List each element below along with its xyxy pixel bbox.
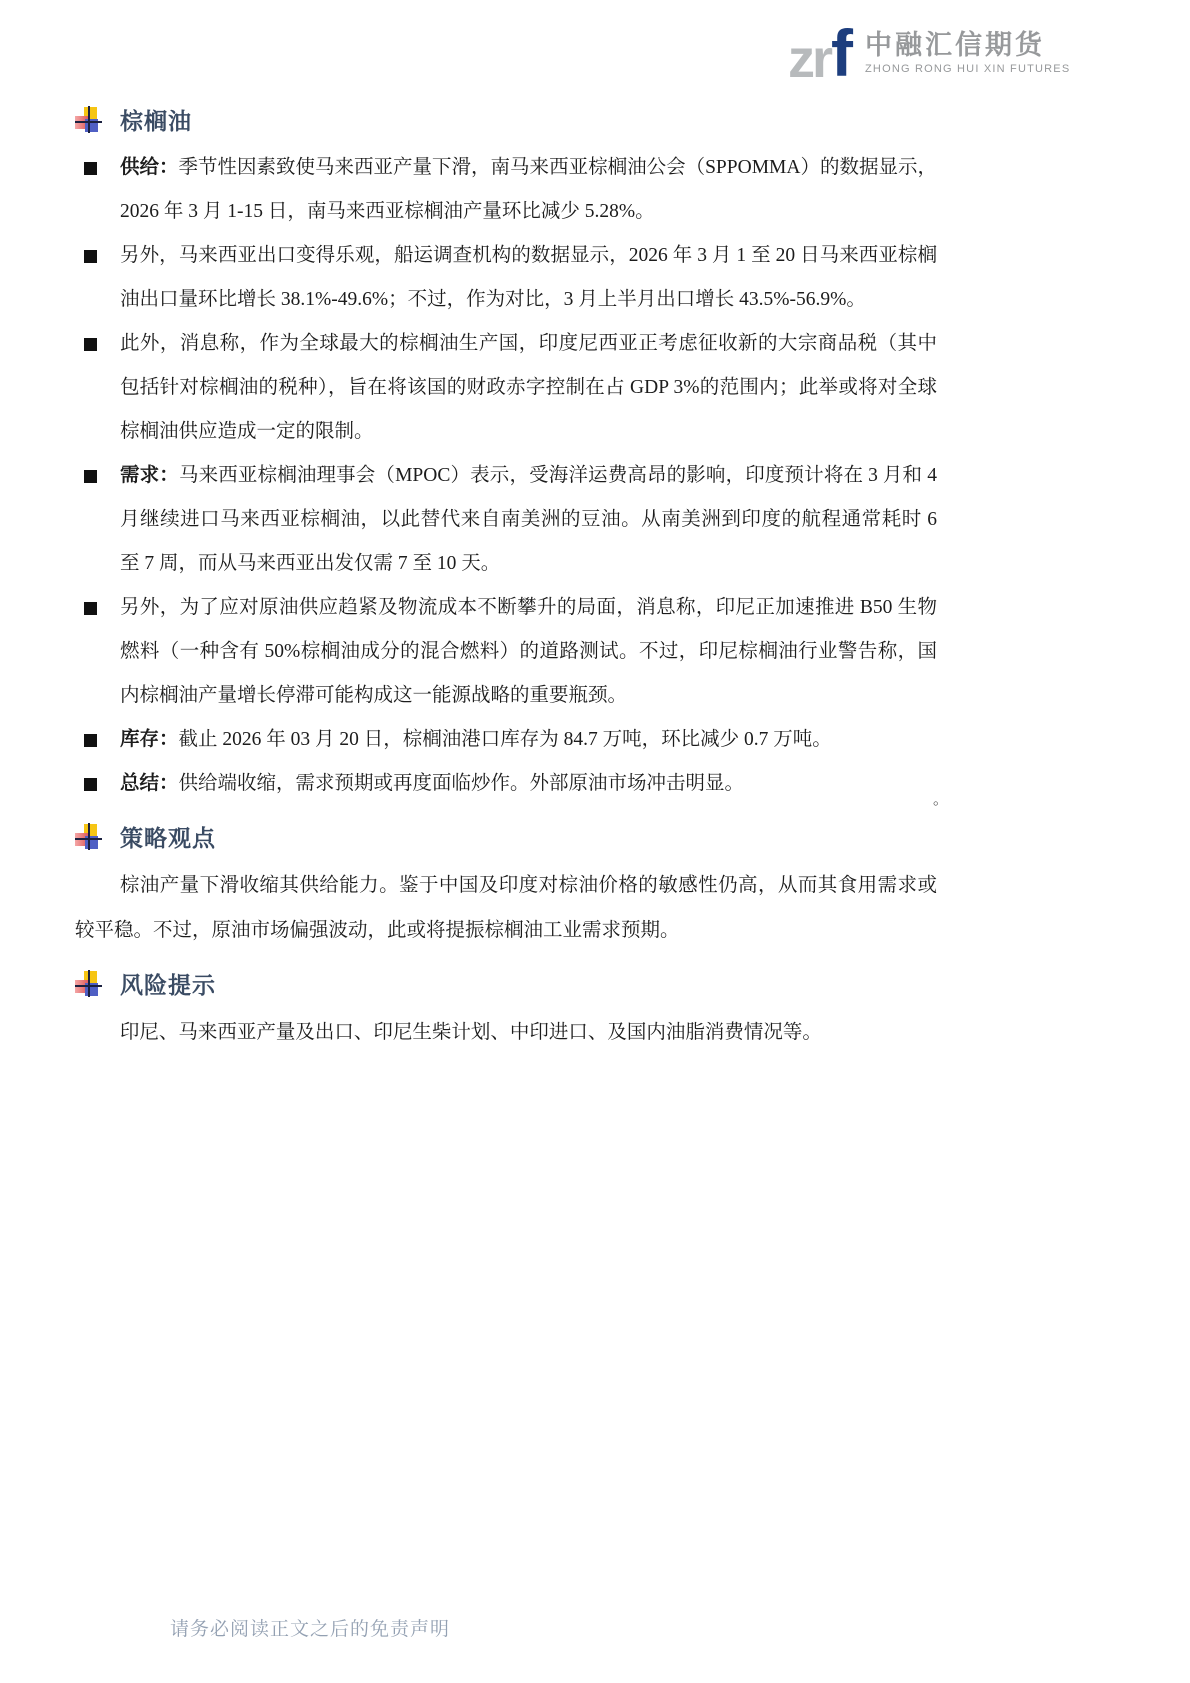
bullet-text: 截止 2026 年 03 月 20 日，棕榈油港口库存为 84.7 万吨，环比减… <box>179 729 832 750</box>
square-bullet-icon <box>84 338 97 351</box>
bullet-text: 供给端收缩，需求预期或再度面临炒作。外部原油市场冲击明显。 <box>179 773 745 794</box>
square-bullet-icon <box>84 602 97 615</box>
section-title-strategy: 策略观点 <box>75 820 937 853</box>
bullet-lead: 总结： <box>120 773 179 794</box>
bullet-text: 马来西亚棕榈油理事会（MPOC）表示，受海洋运费高昂的影响，印度预计将在 3 月… <box>120 465 937 574</box>
logo-wordmark-f: f <box>831 20 853 86</box>
section-title-text: 策略观点 <box>120 820 216 853</box>
bullet-text: 另外，为了应对原油供应趋紧及物流成本不断攀升的局面，消息称，印尼正加速推进 B5… <box>120 597 937 706</box>
bullet-text: 另外，马来西亚出口变得乐观，船运调查机构的数据显示，2026 年 3 月 1 至… <box>120 245 937 310</box>
bullet-text: 季节性因素致使马来西亚产量下滑，南马来西亚棕榈油公会（SPPOMMA）的数据显示… <box>120 157 937 222</box>
cross-bullet-icon <box>75 823 102 850</box>
bullet-summary: 总结：供给端收缩，需求预期或再度面临炒作。外部原油市场冲击明显。 <box>75 762 937 806</box>
square-bullet-icon <box>84 734 97 747</box>
section-title-palm-oil: 棕榈油 <box>75 103 937 136</box>
bullet-text: 此外，消息称，作为全球最大的棕榈油生产国，印度尼西亚正考虑征收新的大宗商品税（其… <box>120 333 937 442</box>
report-page: zr f 中融汇信期货 ZHONG RONG HUI XIN FUTURES 棕… <box>0 0 1190 1683</box>
icon-horizontal-line <box>75 985 102 987</box>
bullet-supply: 供给：季节性因素致使马来西亚产量下滑，南马来西亚棕榈油公会（SPPOMMA）的数… <box>75 146 937 234</box>
icon-vertical-line <box>88 970 90 997</box>
icon-horizontal-line <box>75 838 102 840</box>
cross-bullet-icon <box>75 106 102 133</box>
icon-vertical-line <box>88 106 90 133</box>
company-name-en: ZHONG RONG HUI XIN FUTURES <box>865 63 1070 75</box>
section-title-text: 风险提示 <box>120 967 216 1000</box>
company-name-cn: 中融汇信期货 <box>865 31 1070 61</box>
icon-horizontal-line <box>75 121 102 123</box>
bullet-inventory: 库存：截止 2026 年 03 月 20 日，棕榈油港口库存为 84.7 万吨，… <box>75 718 937 762</box>
strategy-paragraph: 棕油产量下滑收缩其供给能力。鉴于中国及印度对棕油价格的敏感性仍高，从而其食用需求… <box>75 863 937 953</box>
bullet-lead: 需求： <box>120 465 179 486</box>
square-bullet-icon <box>84 470 97 483</box>
logo-wordmark: zr f <box>788 20 853 86</box>
square-bullet-icon <box>84 778 97 791</box>
icon-vertical-line <box>88 823 90 850</box>
bullet-indonesia-tax: 此外，消息称，作为全球最大的棕榈油生产国，印度尼西亚正考虑征收新的大宗商品税（其… <box>75 322 937 454</box>
report-content: 棕榈油 供给：季节性因素致使马来西亚产量下滑，南马来西亚棕榈油公会（SPPOMM… <box>75 103 937 1069</box>
stray-punctuation-mark: 。 <box>933 788 948 809</box>
bullet-exports: 另外，马来西亚出口变得乐观，船运调查机构的数据显示，2026 年 3 月 1 至… <box>75 234 937 322</box>
palm-oil-bullet-list: 供给：季节性因素致使马来西亚产量下滑，南马来西亚棕榈油公会（SPPOMMA）的数… <box>75 146 937 806</box>
company-logo: zr f 中融汇信期货 ZHONG RONG HUI XIN FUTURES <box>788 20 1070 86</box>
section-title-risk: 风险提示 <box>75 967 937 1000</box>
logo-names: 中融汇信期货 ZHONG RONG HUI XIN FUTURES <box>865 31 1070 76</box>
bullet-demand: 需求：马来西亚棕榈油理事会（MPOC）表示，受海洋运费高昂的影响，印度预计将在 … <box>75 454 937 586</box>
cross-bullet-icon <box>75 970 102 997</box>
bullet-b50-biofuel: 另外，为了应对原油供应趋紧及物流成本不断攀升的局面，消息称，印尼正加速推进 B5… <box>75 586 937 718</box>
square-bullet-icon <box>84 162 97 175</box>
bullet-lead: 库存： <box>120 729 179 750</box>
bullet-lead: 供给： <box>120 157 179 178</box>
logo-wordmark-zr: zr <box>788 32 830 86</box>
square-bullet-icon <box>84 250 97 263</box>
section-title-text: 棕榈油 <box>120 103 192 136</box>
risk-paragraph: 印尼、马来西亚产量及出口、印尼生柴计划、中印进口、及国内油脂消费情况等。 <box>75 1010 937 1055</box>
footer-disclaimer: 请务必阅读正文之后的免责声明 <box>170 1614 450 1641</box>
